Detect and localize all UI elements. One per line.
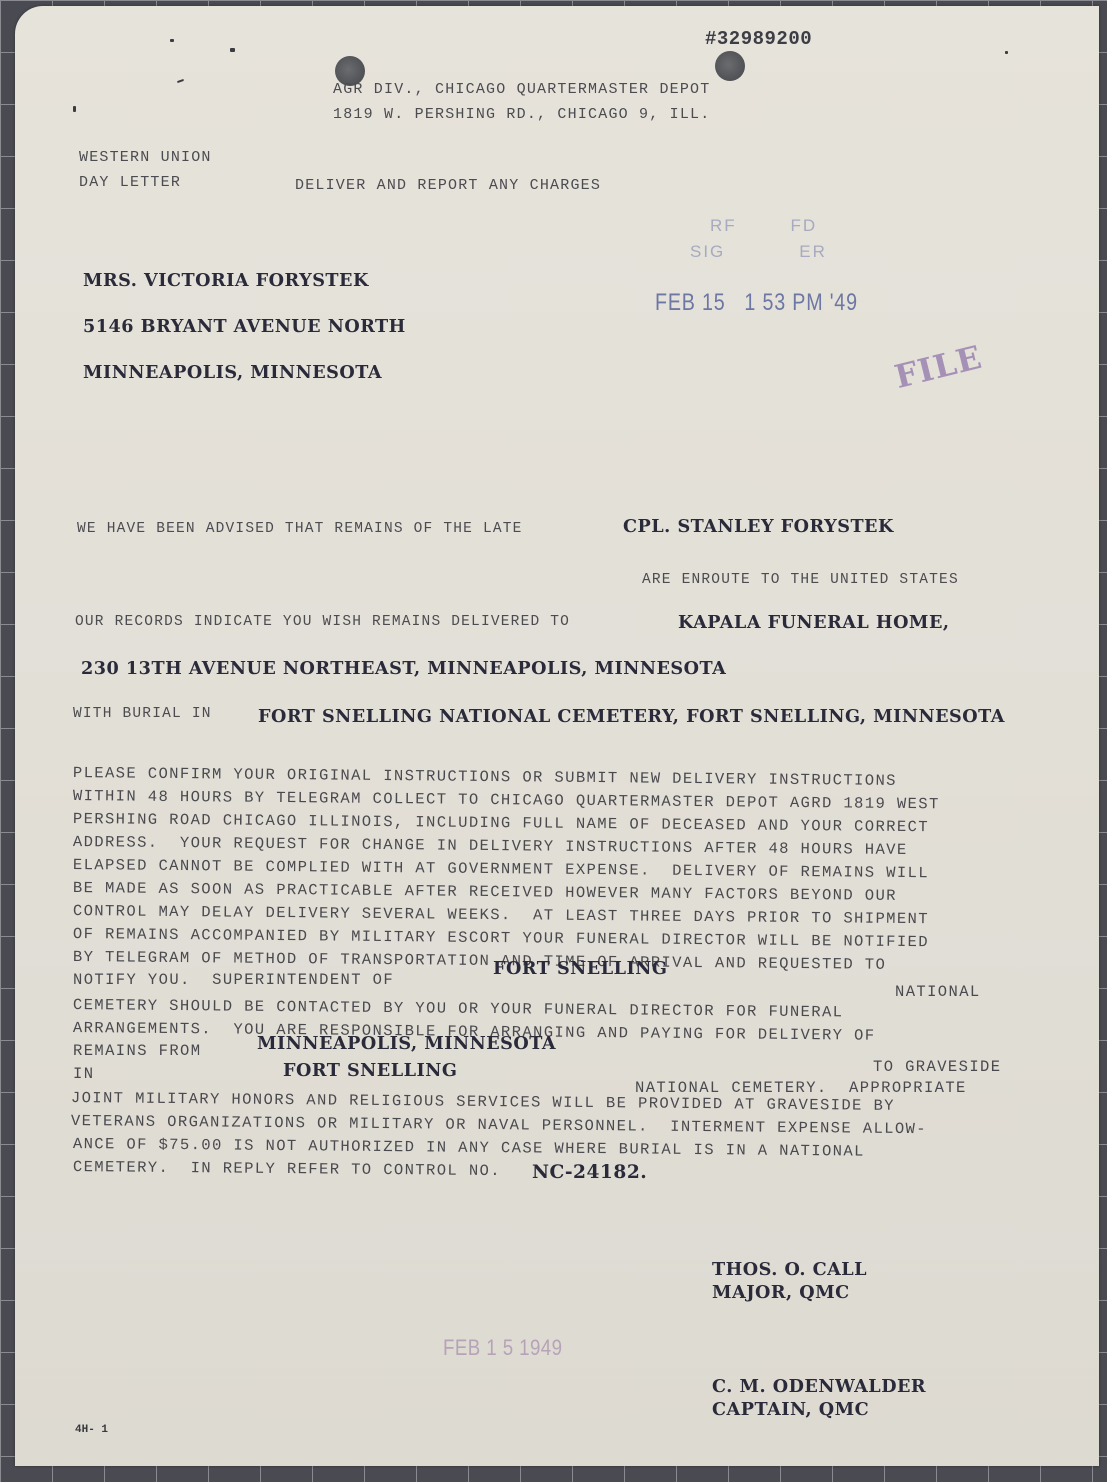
paragraph-line-21: CEMETERY. IN REPLY REFER TO CONTROL NO. <box>73 1158 501 1180</box>
file-stamp: FILE <box>891 338 986 396</box>
letterhead-line-1: AGR DIV., CHICAGO QUARTERMASTER DEPOT <box>333 81 710 98</box>
recipient-street: 5146 BRYANT AVENUE NORTH <box>83 316 406 337</box>
signatory-1-title: MAJOR, QMC <box>712 1282 850 1303</box>
paragraph-line-16: IN <box>73 1065 94 1083</box>
recipient-city: MINNEAPOLIS, MINNESOTA <box>83 362 382 383</box>
paragraph-line-11: NATIONAL <box>895 983 981 1001</box>
document-number: #32989200 <box>705 28 812 50</box>
paragraph-line-20: ANCE OF $75.00 IS NOT AUTHORIZED IN ANY … <box>73 1135 865 1161</box>
paragraph-line-2: WITHIN 48 HOURS BY TELEGRAM COLLECT TO C… <box>73 787 940 813</box>
telegram-document: #32989200 AGR DIV., CHICAGO QUARTERMASTE… <box>15 6 1099 1466</box>
funeral-home-name: KAPALA FUNERAL HOME, <box>678 612 950 633</box>
punch-hole-right <box>715 51 745 81</box>
speck <box>73 106 76 112</box>
date-received-stamp: FEB 1 5 1949 <box>443 1335 562 1361</box>
paragraph-line-5: ELAPSED CANNOT BE COMPLIED WITH AT GOVER… <box>73 856 929 882</box>
recipient-name: MRS. VICTORIA FORYSTEK <box>83 270 369 291</box>
telegram-class: DAY LETTER <box>79 174 181 191</box>
paragraph-line-10: NOTIFY YOU. SUPERINTENDENT OF <box>73 971 394 989</box>
signatory-2-name: C. M. ODENWALDER <box>712 1376 926 1397</box>
paragraph-line-14: REMAINS FROM <box>73 1042 201 1060</box>
funeral-home-address: 230 13TH AVENUE NORTHEAST, MINNEAPOLIS, … <box>81 658 726 679</box>
records-prefix: OUR RECORDS INDICATE YOU WISH REMAINS DE… <box>75 614 570 630</box>
fill-in-cemetery: FORT SNELLING <box>283 1060 457 1081</box>
received-stamp-line-1: RF FD <box>710 216 817 236</box>
burial-prefix: WITH BURIAL IN <box>73 706 212 722</box>
enroute-text: ARE ENROUTE TO THE UNITED STATES <box>642 572 959 588</box>
paragraph-line-15: TO GRAVESIDE <box>873 1058 1001 1076</box>
telegram-service: WESTERN UNION <box>79 149 212 166</box>
control-number: NC-24182. <box>532 1161 647 1183</box>
advised-prefix: WE HAVE BEEN ADVISED THAT REMAINS OF THE… <box>77 521 523 537</box>
signatory-2-title: CAPTAIN, QMC <box>712 1399 869 1420</box>
delivery-instruction: DELIVER AND REPORT ANY CHARGES <box>295 177 601 194</box>
speck <box>177 79 184 83</box>
paragraph-line-12: CEMETERY SHOULD BE CONTACTED BY YOU OR Y… <box>73 996 844 1021</box>
paragraph-line-8: OF REMAINS ACCOMPANIED BY MILITARY ESCOR… <box>73 925 929 951</box>
received-stamp-datetime: FEB 15 1 53 PM '49 <box>655 289 858 317</box>
signatory-1-name: THOS. O. CALL <box>712 1259 867 1280</box>
form-code: 4H- 1 <box>75 1424 108 1436</box>
speck <box>1005 51 1008 54</box>
paragraph-line-3: PERSHING ROAD CHICAGO ILLINOIS, INCLUDIN… <box>73 810 929 836</box>
speck <box>230 48 235 52</box>
fill-remains-from: MINNEAPOLIS, MINNESOTA <box>257 1033 556 1054</box>
letterhead-line-2: 1819 W. PERSHING RD., CHICAGO 9, ILL. <box>333 106 710 123</box>
paragraph-line-19: VETERANS ORGANIZATIONS OR MILITARY OR NA… <box>71 1112 927 1138</box>
paragraph-line-7: CONTROL MAY DELAY DELIVERY SEVERAL WEEKS… <box>73 902 929 928</box>
received-stamp-line-2: SIG ER <box>690 242 827 262</box>
speck <box>170 39 174 42</box>
paragraph-line-4: ADDRESS. YOUR REQUEST FOR CHANGE IN DELI… <box>73 833 908 859</box>
burial-place: FORT SNELLING NATIONAL CEMETERY, FORT SN… <box>258 706 1005 727</box>
paragraph-line-6: BE MADE AS SOON AS PRACTICABLE AFTER REC… <box>73 879 897 905</box>
paragraph-line-1: PLEASE CONFIRM YOUR ORIGINAL INSTRUCTION… <box>73 764 897 790</box>
paragraph-line-9: BY TELEGRAM OF METHOD OF TRANSPORTATION … <box>73 948 886 974</box>
deceased-name: CPL. STANLEY FORYSTEK <box>623 516 894 537</box>
fill-superintendent-cemetery: FORT SNELLING <box>493 958 667 979</box>
